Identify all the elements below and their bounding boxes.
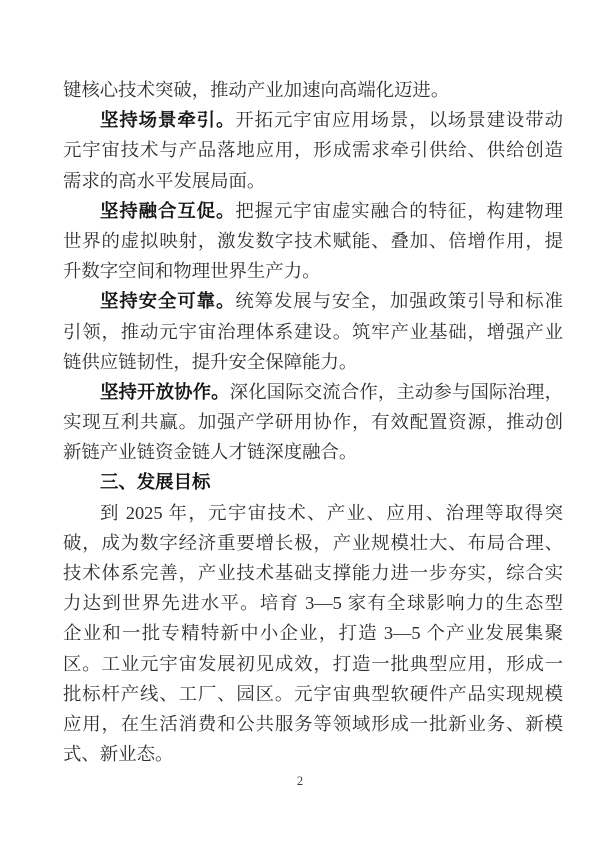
document-text-block: 键核心技术突破，推动产业加速向高端化迈进。 坚持场景牵引。开拓元宇宙应用场景，以… xyxy=(63,75,563,769)
text-line: 键核心技术突破，推动产业加速向高端化迈进。 xyxy=(63,75,563,105)
text-line: 升数字空间和物理世界生产力。 xyxy=(63,256,563,286)
line-text: 开拓元宇宙应用场景，以场景建设带动 xyxy=(235,110,563,130)
line-text: 升数字空间和物理世界生产力。 xyxy=(63,261,320,281)
line-text: 批标杆产线、工厂、园区。元宇宙典型软硬件产品实现规模 xyxy=(63,684,563,704)
line-text: 企业和一批专精特新中小企业，打造 3—5 个产业发展集聚 xyxy=(63,623,563,643)
line-text: 深化国际交流合作，主动参与国际治理， xyxy=(230,382,563,402)
page-number: 2 xyxy=(0,771,600,791)
line-text: 需求的高水平发展局面。 xyxy=(63,171,265,191)
line-text: 把握元宇宙虚实融合的特征，构建物理 xyxy=(235,201,563,221)
text-line: 新链产业链资金链人才链深度融合。 xyxy=(63,437,563,467)
text-line: 需求的高水平发展局面。 xyxy=(63,166,563,196)
bold-lead: 坚持安全可靠。 xyxy=(100,290,235,311)
text-line: 到 2025 年，元宇宙技术、产业、应用、治理等取得突 xyxy=(63,498,563,528)
bold-lead: 坚持场景牵引。 xyxy=(100,109,235,130)
line-text: 技术体系完善，产业技术基础支撑能力进一步夯实，综合实 xyxy=(63,563,563,583)
line-text: 元宇宙技术与产品落地应用，形成需求牵引供给、供给创造 xyxy=(63,140,563,160)
line-text: 破，成为数字经济重要增长极，产业规模壮大、布局合理、 xyxy=(63,533,563,553)
text-line: 引领，推动元宇宙治理体系建设。筑牢产业基础，增强产业 xyxy=(63,317,563,347)
text-line: 坚持融合互促。把握元宇宙虚实融合的特征，构建物理 xyxy=(63,196,563,226)
line-text: 统筹发展与安全，加强政策引导和标准 xyxy=(235,291,563,311)
text-line: 坚持安全可靠。统筹发展与安全，加强政策引导和标准 xyxy=(63,286,563,316)
document-page: 键核心技术突破，推动产业加速向高端化迈进。 坚持场景牵引。开拓元宇宙应用场景，以… xyxy=(0,0,600,848)
text-line: 区。工业元宇宙发展初见成效，打造一批典型应用，形成一 xyxy=(63,649,563,679)
line-text: 键核心技术突破，推动产业加速向高端化迈进。 xyxy=(63,80,449,100)
text-line: 式、新业态。 xyxy=(63,739,563,769)
text-line: 实现互利共赢。加强产学研用协作，有效配置资源，推动创 xyxy=(63,407,563,437)
line-text: 式、新业态。 xyxy=(63,744,173,764)
line-text: 引领，推动元宇宙治理体系建设。筑牢产业基础，增强产业 xyxy=(63,322,563,342)
text-line: 力达到世界先进水平。培育 3—5 家有全球影响力的生态型 xyxy=(63,588,563,618)
text-line: 世界的虚拟映射，激发数字技术赋能、叠加、倍增作用，提 xyxy=(63,226,563,256)
text-line: 坚持开放协作。深化国际交流合作，主动参与国际治理， xyxy=(63,377,563,407)
text-line: 批标杆产线、工厂、园区。元宇宙典型软硬件产品实现规模 xyxy=(63,679,563,709)
section-heading: 三、发展目标 xyxy=(63,467,563,497)
line-text: 应用，在生活消费和公共服务等领域形成一批新业务、新模 xyxy=(63,714,563,734)
text-line: 技术体系完善，产业技术基础支撑能力进一步夯实，综合实 xyxy=(63,558,563,588)
heading-text: 三、发展目标 xyxy=(100,471,210,492)
line-text: 链供应链韧性，提升安全保障能力。 xyxy=(63,352,357,372)
line-text: 实现互利共赢。加强产学研用协作，有效配置资源，推动创 xyxy=(63,412,563,432)
line-text: 到 2025 年，元宇宙技术、产业、应用、治理等取得突 xyxy=(100,503,563,523)
text-line: 元宇宙技术与产品落地应用，形成需求牵引供给、供给创造 xyxy=(63,135,563,165)
text-line: 破，成为数字经济重要增长极，产业规模壮大、布局合理、 xyxy=(63,528,563,558)
bold-lead: 坚持开放协作。 xyxy=(100,381,230,402)
line-text: 力达到世界先进水平。培育 3—5 家有全球影响力的生态型 xyxy=(63,593,563,613)
text-line: 坚持场景牵引。开拓元宇宙应用场景，以场景建设带动 xyxy=(63,105,563,135)
line-text: 区。工业元宇宙发展初见成效，打造一批典型应用，形成一 xyxy=(63,654,563,674)
bold-lead: 坚持融合互促。 xyxy=(100,200,235,221)
text-line: 企业和一批专精特新中小企业，打造 3—5 个产业发展集聚 xyxy=(63,618,563,648)
text-line: 链供应链韧性，提升安全保障能力。 xyxy=(63,347,563,377)
line-text: 新链产业链资金链人才链深度融合。 xyxy=(63,442,357,462)
text-line: 应用，在生活消费和公共服务等领域形成一批新业务、新模 xyxy=(63,709,563,739)
line-text: 世界的虚拟映射，激发数字技术赋能、叠加、倍增作用，提 xyxy=(63,231,563,251)
